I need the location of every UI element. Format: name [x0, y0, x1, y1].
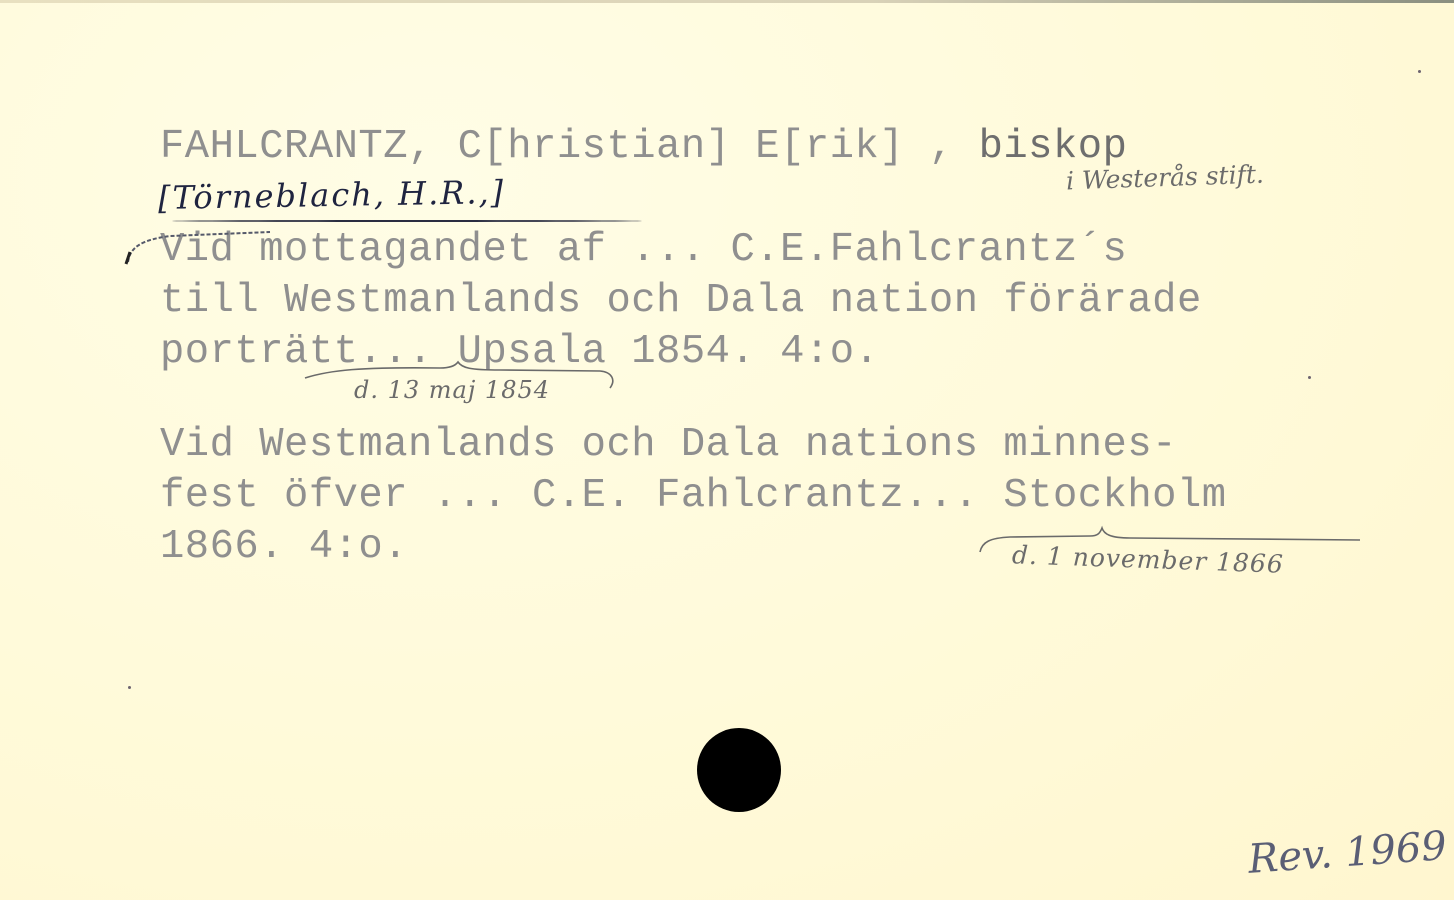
brace-entry-1 [305, 362, 613, 388]
brace-entry-2 [980, 528, 1360, 552]
speck [1418, 70, 1421, 73]
punch-hole [697, 728, 781, 812]
speck [1308, 376, 1311, 379]
catalog-card: FAHLCRANTZ, C[hristian] E[rik] , biskop … [0, 0, 1454, 900]
speck [128, 686, 131, 689]
margin-bracket-mark [128, 232, 270, 262]
